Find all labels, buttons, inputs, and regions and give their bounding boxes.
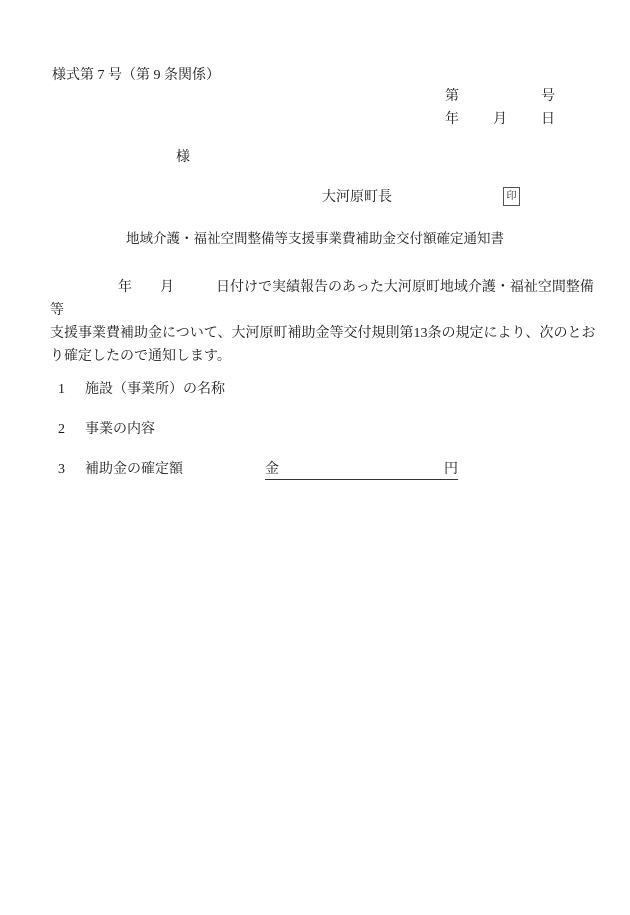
amount-fill-line: 金 円 (265, 461, 458, 480)
amount-suffix-yen-label: 円 (444, 462, 458, 479)
date-month-label: 月 (493, 112, 507, 135)
amount-prefix-yen-label: 金 (265, 462, 279, 479)
document-page: 様式第 7 号（第 9 条関係） 第 号 年 月 日 様 大河原町長 印 地域介… (0, 0, 630, 915)
list-item-facility-name: 1施設（事業所）の名称 (58, 382, 225, 399)
item-number: 3 (58, 462, 85, 479)
item-label: 事業の内容 (85, 422, 155, 437)
form-number-label: 様式第 7 号（第 9 条関係） (52, 68, 220, 85)
body-line: 年 月 日付けで実績報告のあった大河原町地域介護・福祉空間整備等 (50, 276, 600, 322)
addressee-honorific: 様 (176, 150, 190, 167)
list-item-business-content: 2事業の内容 (58, 422, 155, 439)
seal-label: 印 (507, 191, 517, 203)
seal-box: 印 (503, 187, 520, 206)
item-number: 2 (58, 422, 85, 439)
body-line: 支援事業費補助金について、大河原町補助金等交付規則第13条の規定により、次のとお (50, 322, 600, 345)
body-line: り確定したので通知します。 (50, 345, 600, 368)
date-day-label: 日 (541, 112, 555, 135)
date-year-label: 年 (445, 112, 459, 135)
ref-number-prefix: 第 (445, 89, 459, 112)
ref-number-date-block: 第 号 年 月 日 (445, 89, 555, 135)
ref-number-suffix: 号 (541, 89, 555, 112)
sender-title: 大河原町長 (322, 190, 392, 207)
item-label: 補助金の確定額 (85, 462, 183, 477)
date-line: 年 月 日 (445, 112, 555, 135)
document-title: 地域介護・福祉空間整備等支援事業費補助金交付額確定通知書 (0, 231, 630, 247)
list-item-grant-amount: 3補助金の確定額 (58, 462, 183, 479)
body-paragraph: 年 月 日付けで実績報告のあった大河原町地域介護・福祉空間整備等 支援事業費補助… (50, 276, 600, 368)
ref-number-line: 第 号 (445, 89, 555, 112)
item-label: 施設（事業所）の名称 (85, 382, 225, 397)
item-number: 1 (58, 382, 85, 399)
